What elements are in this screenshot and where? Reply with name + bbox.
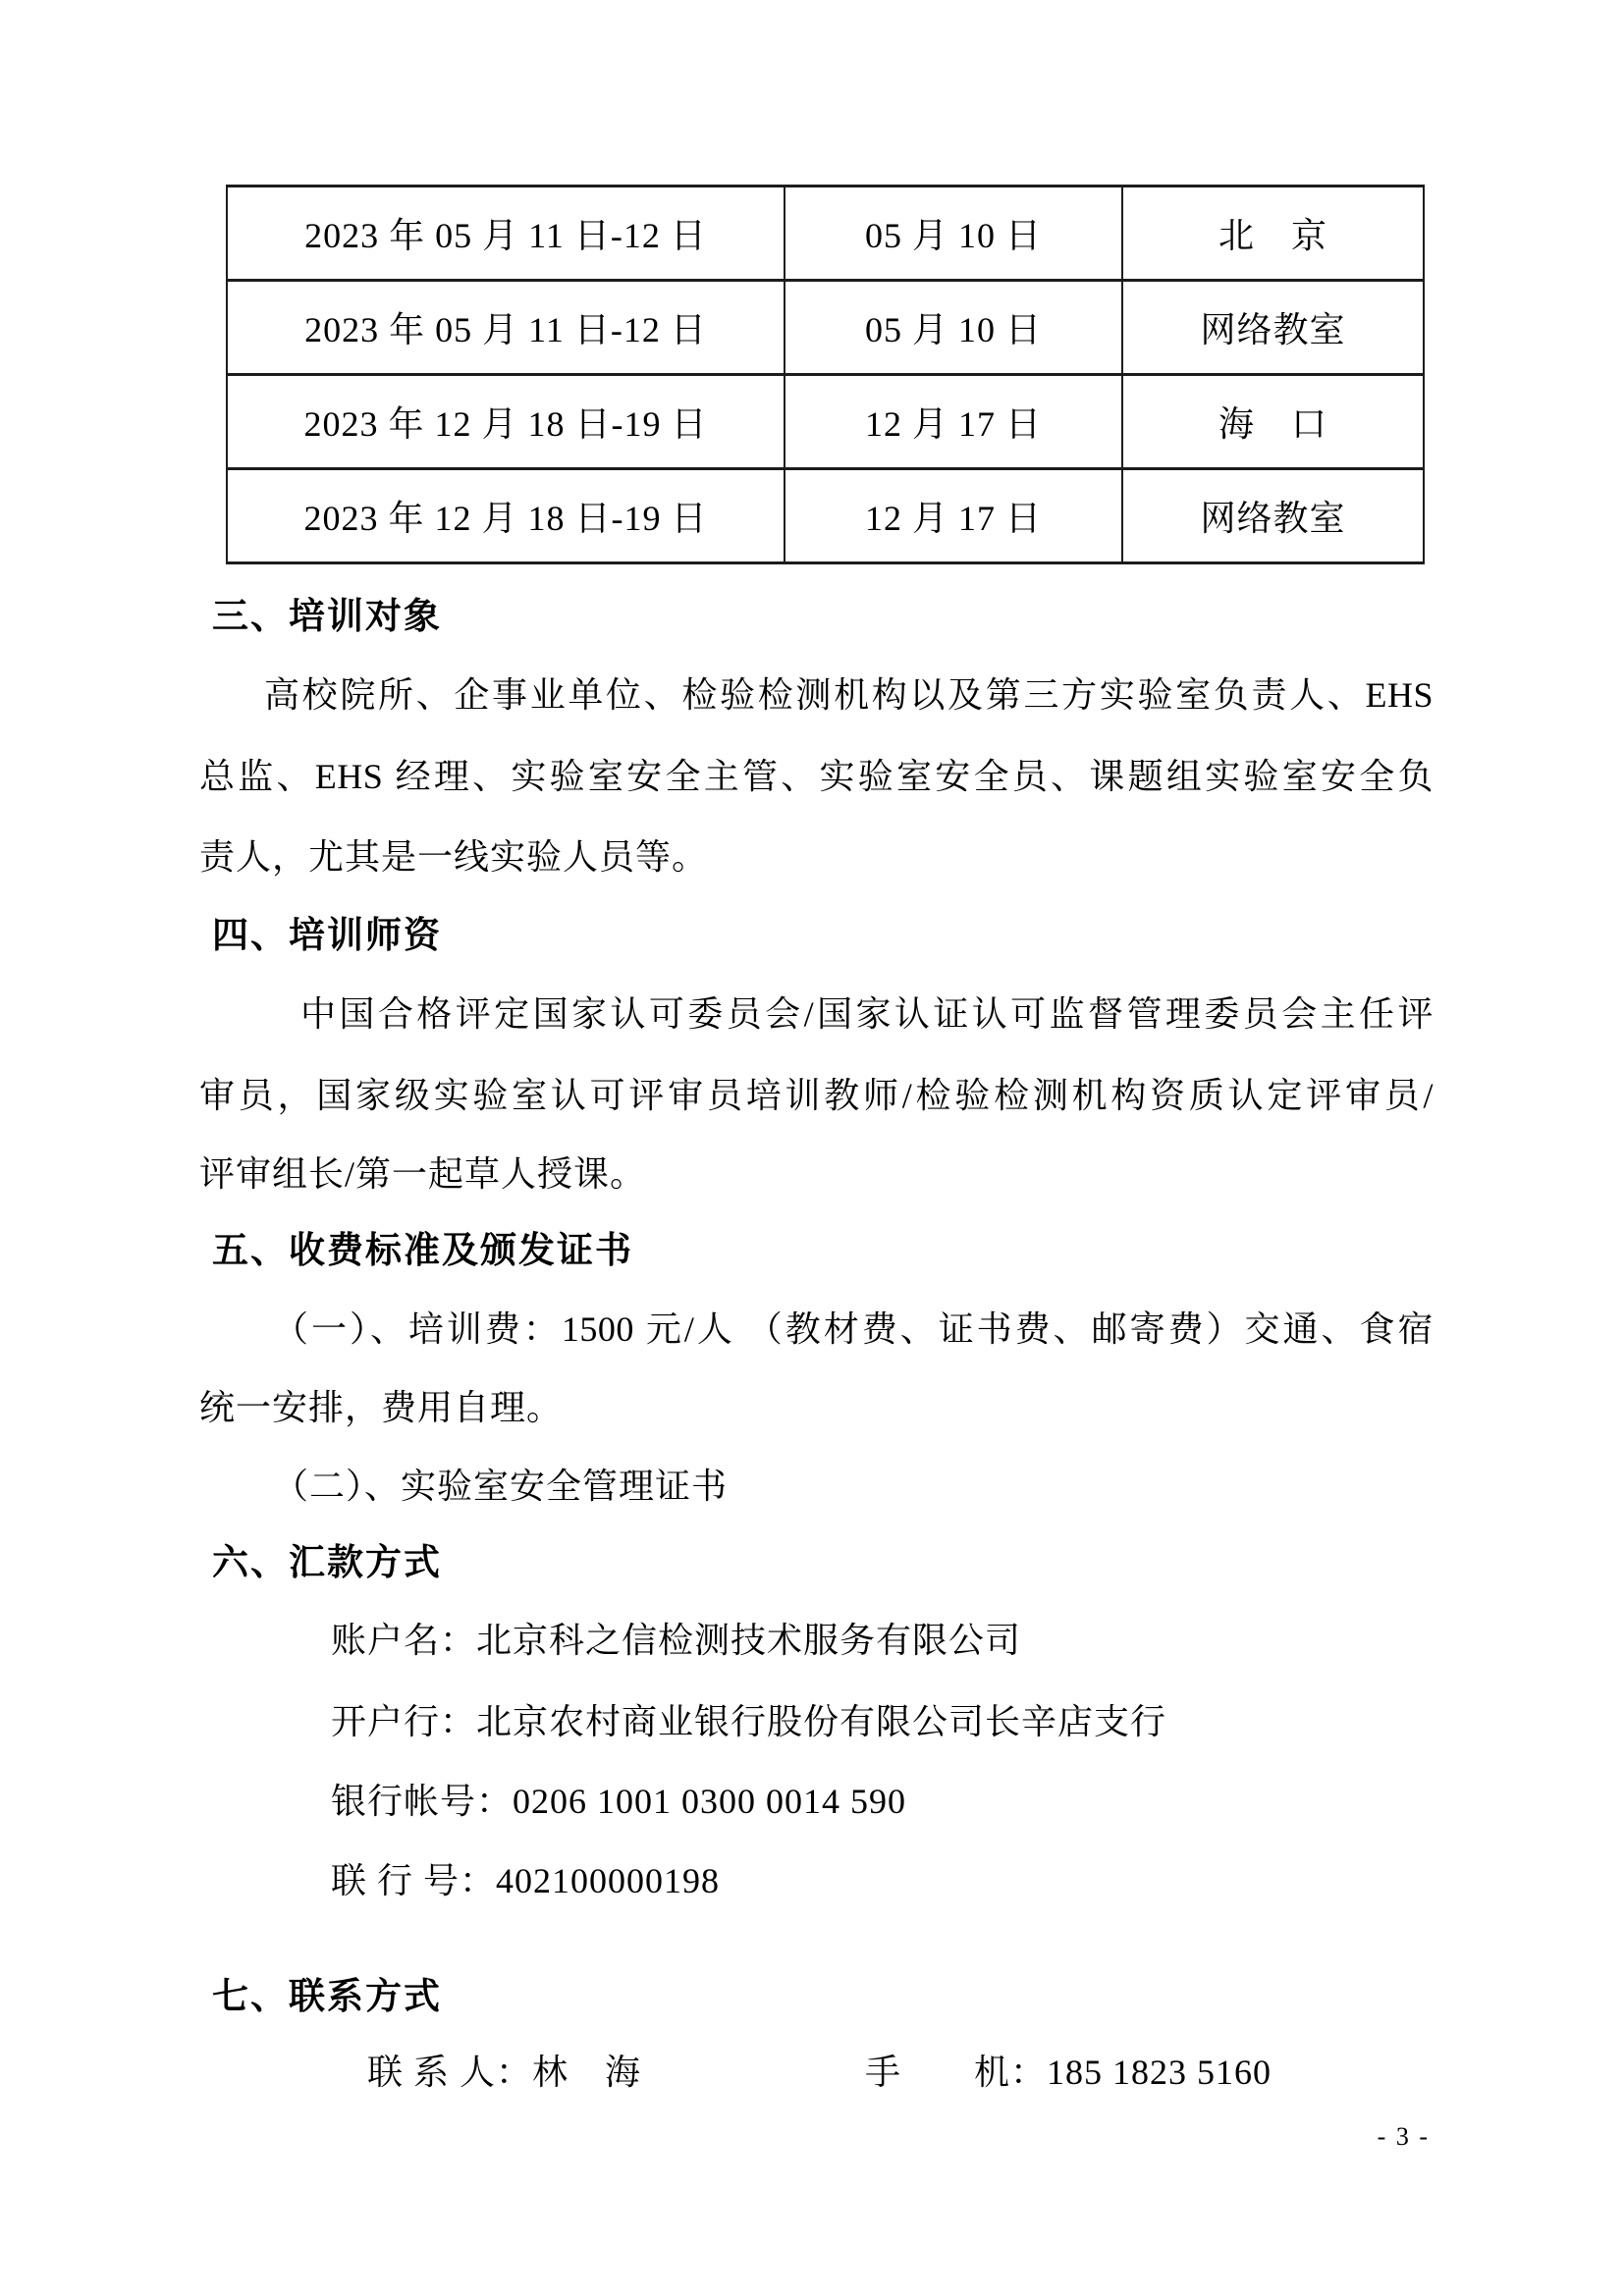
section-heading-training-targets: 三、培训对象 [212, 593, 442, 642]
table-cell-report-date: 12 月 17 日 [785, 469, 1122, 563]
paragraph-line: （一）、培训费：1500 元/人 （教材费、证书费、邮寄费）交通、食宿 [273, 1306, 1434, 1353]
table-cell-location: 北 京 [1122, 187, 1424, 281]
table-cell-dates: 2023 年 12 月 18 日-19 日 [227, 375, 785, 469]
table-cell-report-date: 05 月 10 日 [785, 281, 1122, 375]
bank-value: 北京农村商业银行股份有限公司长辛店支行 [476, 1702, 1166, 1741]
section-heading-contact: 七、联系方式 [212, 1973, 442, 2022]
paragraph-line: 统一安排，费用自理。 [199, 1384, 563, 1431]
account-name-line: 账户名：北京科之信检测技术服务有限公司 [331, 1617, 1021, 1664]
table-row: 2023 年 12 月 18 日-19 日 12 月 17 日 网络教室 [227, 469, 1424, 563]
contact-line: 联 系 人：林 海 手 机：185 1823 5160 [367, 2049, 1434, 2096]
table-row: 2023 年 05 月 11 日-12 日 05 月 10 日 北 京 [227, 187, 1424, 281]
bank-code-value: 402100000198 [496, 1861, 720, 1900]
account-number-line: 银行帐号：0206 1001 0300 0014 590 [331, 1778, 906, 1825]
paragraph-line: 责人，尤其是一线实验人员等。 [199, 833, 708, 881]
table-cell-report-date: 12 月 17 日 [785, 375, 1122, 469]
table-row: 2023 年 12 月 18 日-19 日 12 月 17 日 海 口 [227, 375, 1424, 469]
paragraph-line: 评审组长/第一起草人授课。 [199, 1150, 646, 1198]
contact-person-label: 联 系 人： [367, 2053, 532, 2092]
table-cell-dates: 2023 年 05 月 11 日-12 日 [227, 281, 785, 375]
table-cell-location: 网络教室 [1122, 469, 1424, 563]
page-number: - 3 - [1378, 2122, 1430, 2152]
paragraph-line: 高校院所、企事业单位、检验检测机构以及第三方实验室负责人、EHS [264, 671, 1434, 719]
section-heading-training-faculty: 四、培训师资 [212, 912, 442, 961]
contact-phone: 手 机：185 1823 5160 [865, 2049, 1272, 2096]
account-number-label: 银行帐号： [331, 1782, 513, 1821]
paragraph-line: 中国合格评定国家认可委员会/国家认证认可监督管理委员会主任评 [300, 990, 1434, 1038]
account-number-value: 0206 1001 0300 0014 590 [513, 1782, 906, 1821]
paragraph-line: （二）、实验室安全管理证书 [273, 1463, 728, 1510]
table-cell-dates: 2023 年 12 月 18 日-19 日 [227, 469, 785, 563]
table-row: 2023 年 05 月 11 日-12 日 05 月 10 日 网络教室 [227, 281, 1424, 375]
account-name-label: 账户名： [331, 1621, 476, 1660]
table-cell-dates: 2023 年 05 月 11 日-12 日 [227, 187, 785, 281]
contact-phone-number: 185 1823 5160 [1047, 2053, 1272, 2092]
paragraph-line: 审员，国家级实验室认可评审员培训教师/检验检测机构资质认定评审员/ [199, 1072, 1434, 1119]
contact-person-name: 林 海 [532, 2053, 641, 2092]
bank-label: 开户行： [331, 1702, 476, 1741]
paragraph-line: 总监、EHS 经理、实验室安全主管、实验室安全员、课题组实验室安全负 [199, 753, 1434, 800]
schedule-table: 2023 年 05 月 11 日-12 日 05 月 10 日 北 京 2023… [226, 185, 1425, 564]
document-page: 2023 年 05 月 11 日-12 日 05 月 10 日 北 京 2023… [0, 0, 1624, 2296]
contact-phone-label: 手 机： [865, 2053, 1047, 2092]
bank-code-line: 联 行 号：402100000198 [331, 1857, 720, 1904]
section-heading-fees: 五、收费标准及颁发证书 [212, 1227, 633, 1276]
bank-line: 开户行：北京农村商业银行股份有限公司长辛店支行 [331, 1698, 1166, 1745]
table-cell-report-date: 05 月 10 日 [785, 187, 1122, 281]
table-cell-location: 网络教室 [1122, 281, 1424, 375]
table-cell-location: 海 口 [1122, 375, 1424, 469]
contact-person: 联 系 人：林 海 [367, 2053, 641, 2092]
bank-code-label: 联 行 号： [331, 1861, 496, 1900]
section-heading-remittance: 六、汇款方式 [212, 1539, 442, 1588]
account-name-value: 北京科之信检测技术服务有限公司 [476, 1621, 1021, 1660]
